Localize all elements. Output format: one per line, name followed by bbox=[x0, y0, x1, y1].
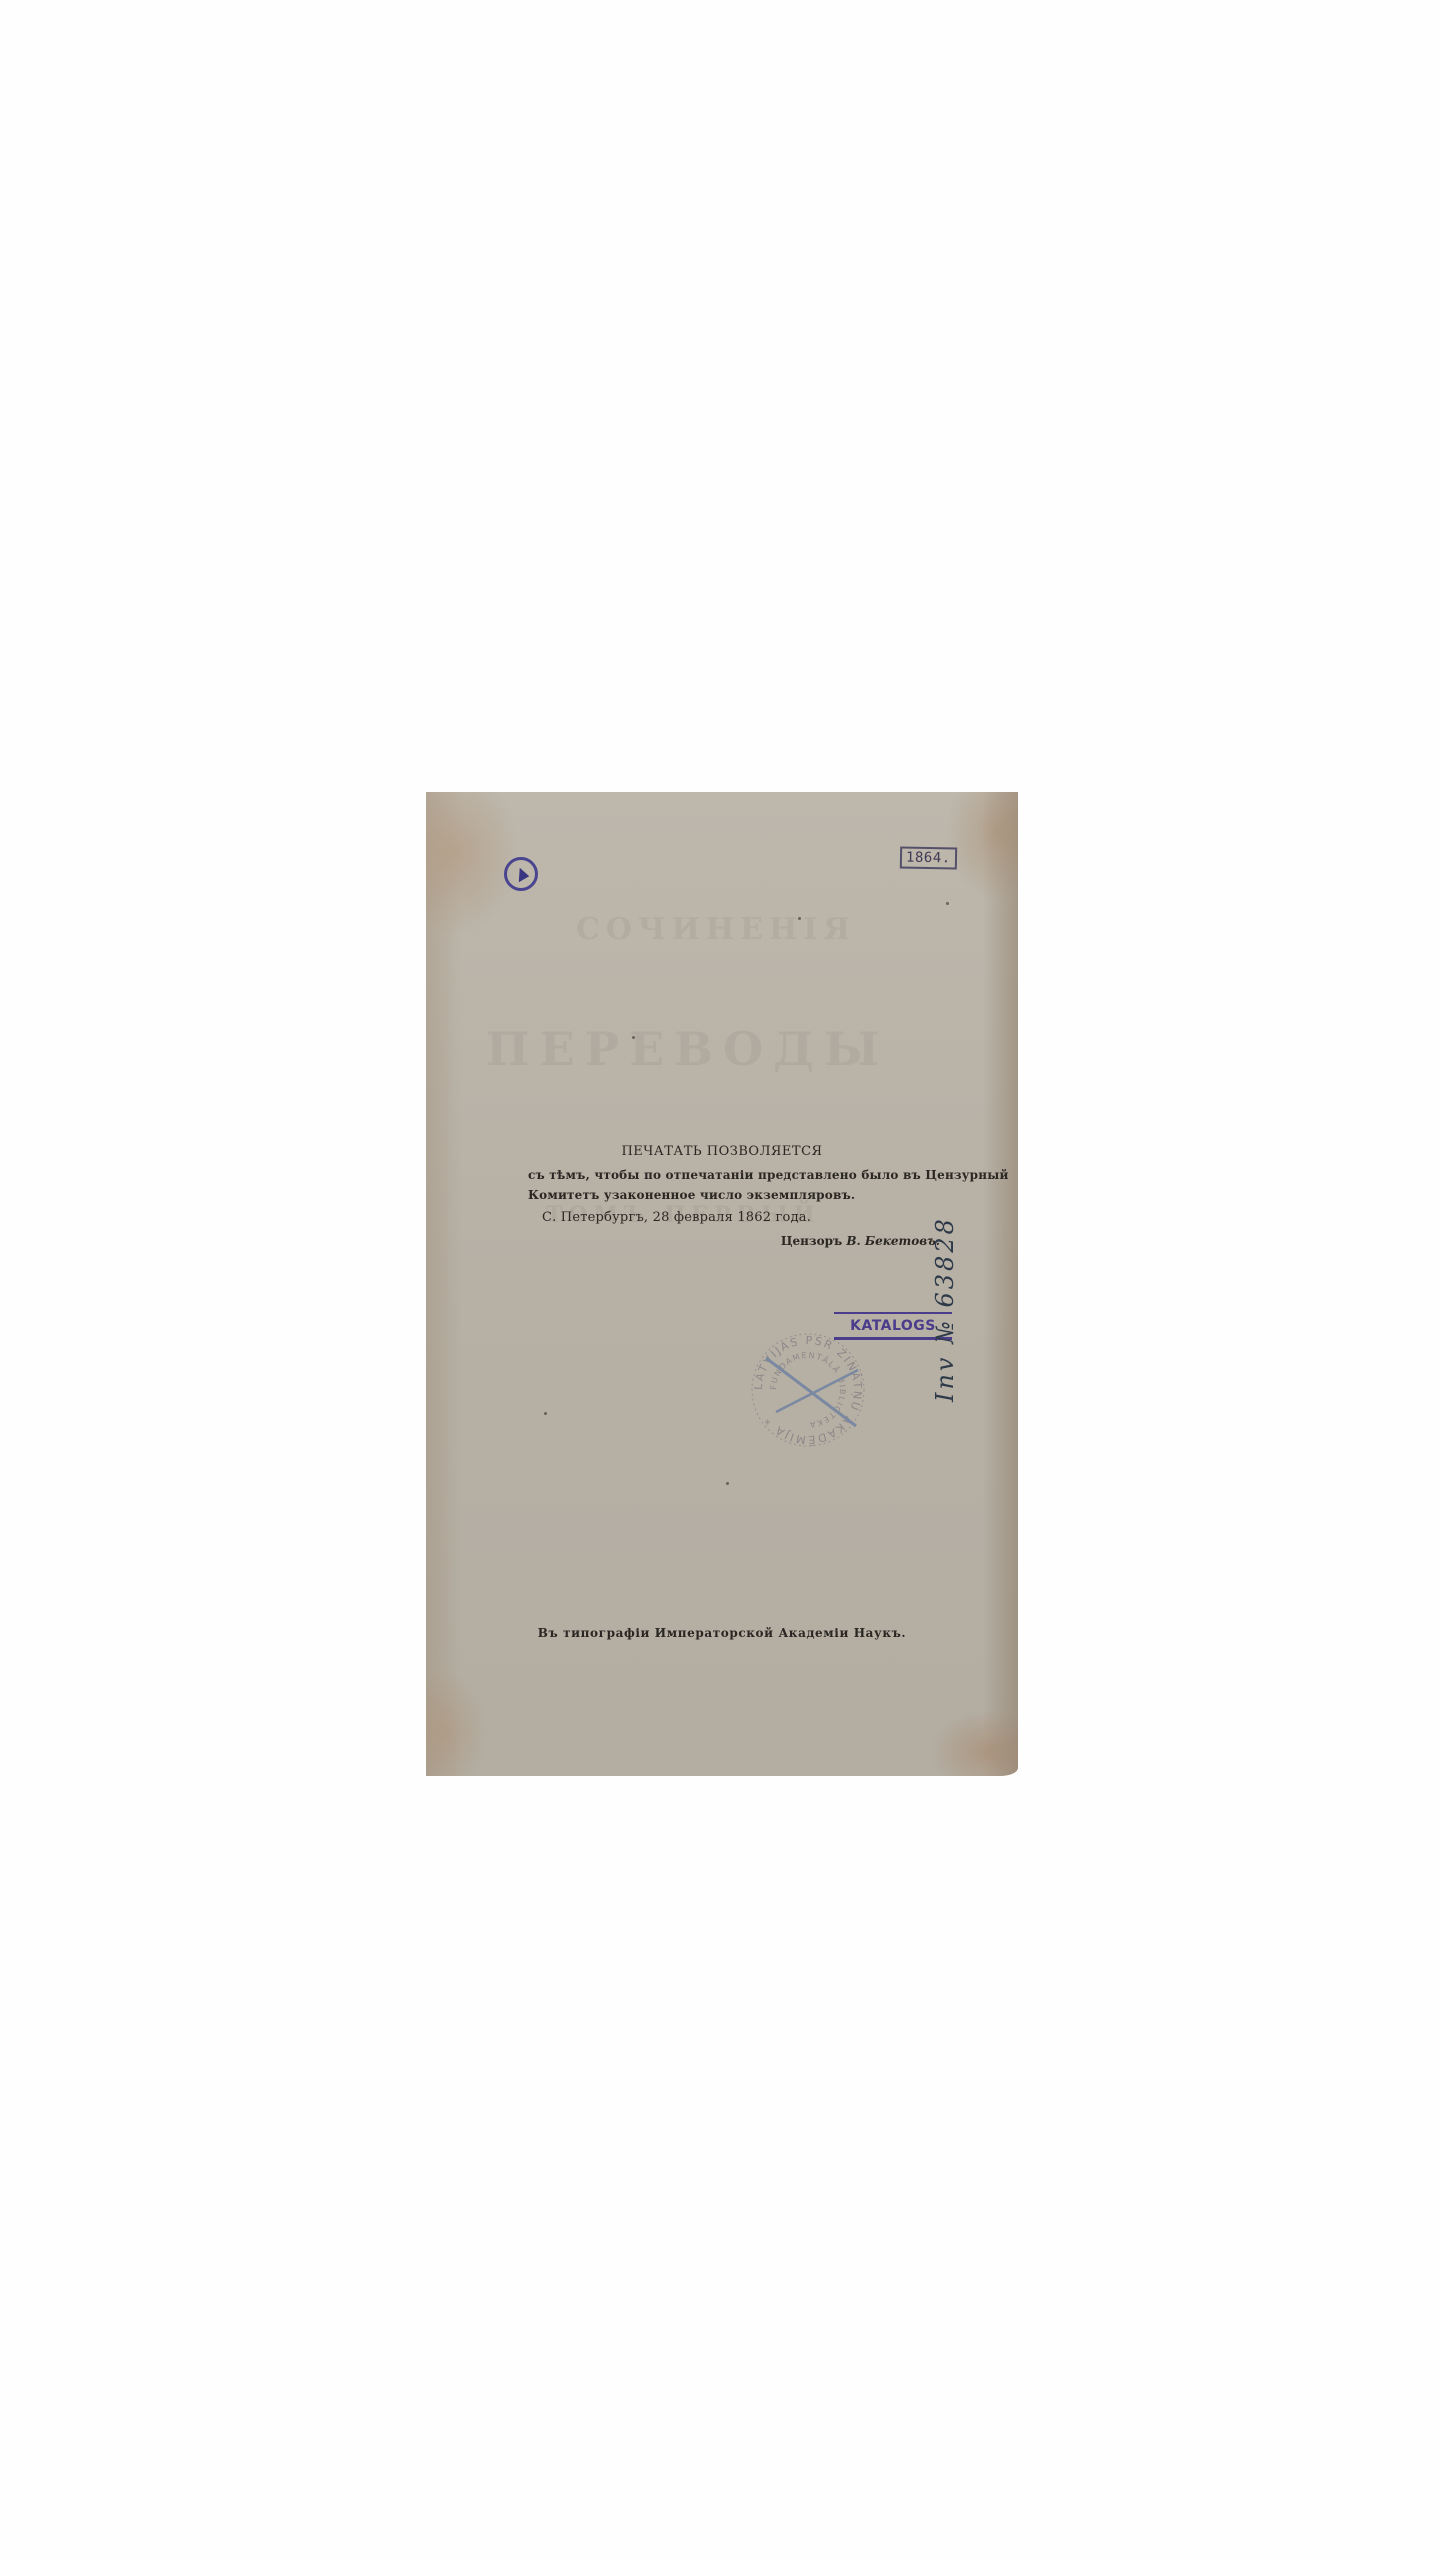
library-stamp-icon: LATVIJAS PSR ZINĀTŅU AKADĒMIJA * FUNDAME… bbox=[748, 1330, 868, 1450]
imprimatur-title: ПЕЧАТАТЬ ПОЗВОЛЯЕТСЯ bbox=[426, 1144, 1018, 1159]
stamp-glyph-icon bbox=[513, 866, 529, 882]
printer-imprint: Въ типографіи Императорской Академіи Нау… bbox=[426, 1626, 1018, 1640]
imprimatur-line-1: съ тѣмъ, чтобы по отпечатаніи представле… bbox=[528, 1168, 1009, 1182]
paper-speck bbox=[544, 1412, 547, 1415]
imprimatur-date: С. Петербургъ, 28 февраля 1862 года. bbox=[542, 1210, 811, 1225]
paper-speck bbox=[946, 902, 949, 905]
book-page: СОЧИНЕНІЯ ПЕРЕВОДЫ ТОМЪ ПЕРВЫЙ 1864. ПЕЧ… bbox=[426, 792, 1018, 1776]
censor-signature: Цензоръ В. Бекетовъ. bbox=[781, 1234, 940, 1248]
paper-speck bbox=[632, 1036, 635, 1039]
handwritten-inventory-number: Inv № 63828 bbox=[931, 1216, 959, 1402]
paper-speck bbox=[798, 917, 801, 920]
show-through-text: СОЧИНЕНІЯ bbox=[576, 912, 856, 947]
imprimatur-line-2: Комитетъ узаконенное число экземпляровъ. bbox=[528, 1188, 855, 1202]
year-stamp: 1864. bbox=[900, 847, 957, 870]
show-through-text: ПЕРЕВОДЫ bbox=[486, 1022, 889, 1076]
censor-name: В. Бекетовъ. bbox=[846, 1234, 940, 1248]
paper-speck bbox=[726, 1482, 729, 1485]
censor-label: Цензоръ bbox=[781, 1234, 842, 1248]
stamp-icon bbox=[504, 857, 538, 891]
